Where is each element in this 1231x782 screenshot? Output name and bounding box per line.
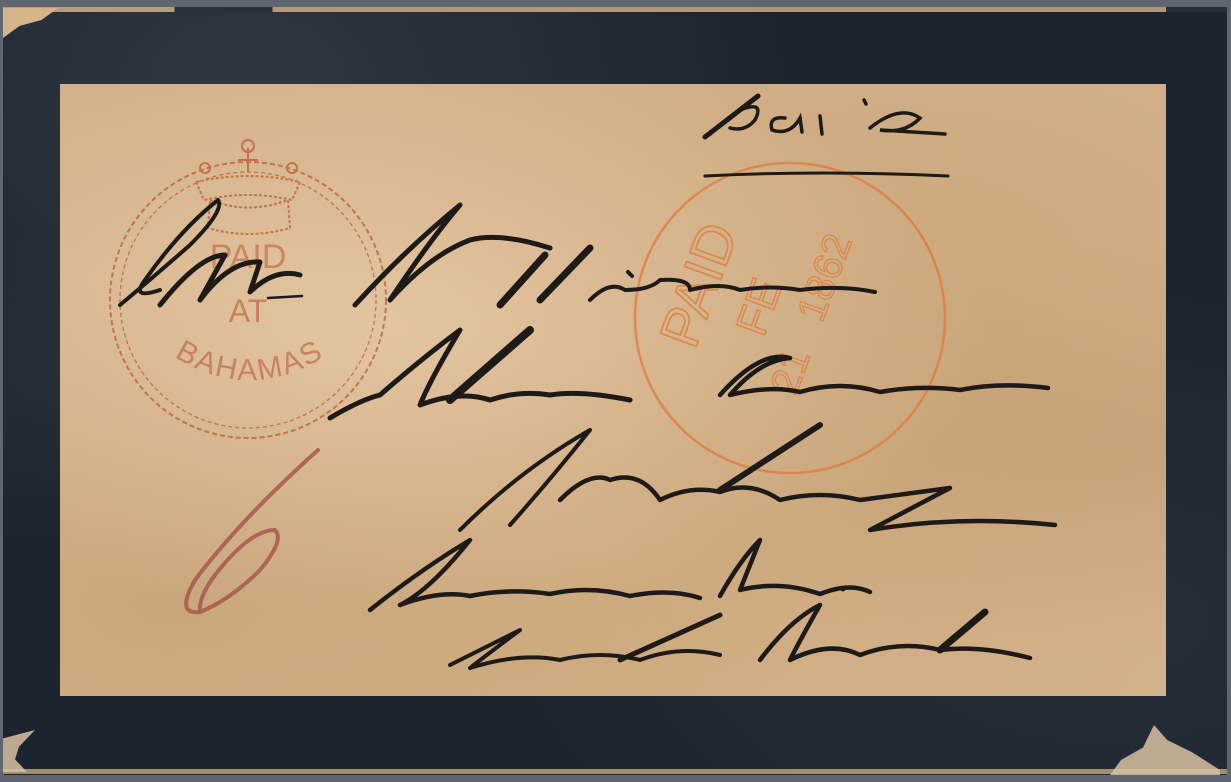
postmark-bahamas-text: BAHAMAS [171,334,329,388]
datestamp-paid-text: PAID [647,214,749,354]
manuscript-rate-mark [186,450,318,612]
envelope-markings: PAID AT BAHAMAS PAID FE 21 1862 [0,0,1231,782]
paid-datestamp: PAID FE 21 1862 [635,163,945,473]
manuscript-paid-note [705,96,948,176]
datestamp-year: 1862 [789,228,861,327]
postmark-at-text: AT [229,293,268,329]
crowned-circle-postmark: PAID AT BAHAMAS [110,140,386,438]
datestamp-month: FE [727,272,792,342]
